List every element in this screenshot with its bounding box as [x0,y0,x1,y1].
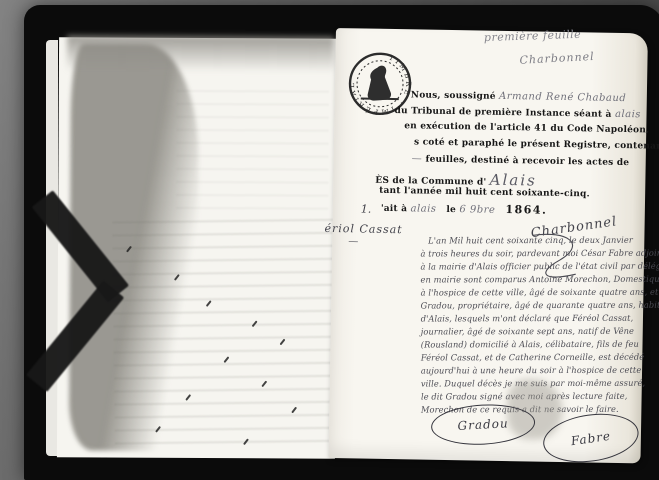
right-page: TIMBRE · IMPÉRIAL première feuille Charb… [328,28,647,463]
left-page [57,37,337,458]
act-line: à trois heures du soir, pardevant moi Cé… [420,248,635,262]
stain-top [67,35,334,72]
act-line: Gradou, propriétaire, âgé de quarante qu… [421,300,636,314]
act-line: à la mairie d'Alais officier public de l… [420,261,635,275]
act-line: journalier, âgé de soixante sept ans, na… [421,326,636,340]
header-line-article: en exécution de l'article 41 du Code Nap… [404,121,649,136]
printed-text: feuilles, destiné à recevoir les actes d… [425,155,629,169]
act-margin-dash: — [348,236,358,247]
printed-text: le [446,205,456,215]
handwritten-commune: Alais [490,171,537,190]
signature-text: Fabre [570,428,612,447]
header-line-feuilles: — feuilles, destiné à recevoir les actes… [412,153,630,169]
header-line-tribunal: du Tribunal de première Instance séant à… [394,105,641,121]
act-line: L'an Mil huit cent soixante cinq, le deu… [420,235,635,249]
bleedthrough-text [176,90,329,213]
printed-year: 1864. [505,203,547,217]
printed-text: 'ait à [381,204,407,214]
top-note: première feuille [484,28,582,44]
header-line-cote: s coté et paraphé le présent Registre, c… [414,137,659,152]
act-line: (Rousland) domicilié à Alais, célibatair… [421,339,636,353]
handwritten-place: alais [410,203,436,214]
act-line: aujourd'hui à une heure du soir à l'hosp… [421,365,636,379]
scanned-register-photo: TIMBRE · IMPÉRIAL première feuille Charb… [0,0,659,480]
handwritten-date: 6 9bre [459,204,495,216]
header-line-nous: Nous, soussigné Armand René Chabaud [411,89,627,105]
header-line-date: 'ait à alais le 6 9bre 1864. [381,202,548,218]
top-signature: Charbonnel [519,50,595,67]
act-line: Féréol Cassat, et de Catherine Corneille… [421,352,636,366]
signature-text: Gradou [457,416,509,433]
act-line: à l'hospice de cette ville, âgé de soixa… [421,287,636,301]
handwritten-place: alais [615,109,641,120]
printed-text: du Tribunal de première Instance séant à [394,106,611,120]
act-line: d'Alais, lesquels m'ont déclaré que Féré… [421,313,636,327]
bleedthrough-text [112,219,337,448]
printed-text: Nous, soussigné [411,90,496,101]
page-edge [46,40,58,456]
act-number: 1. [361,202,372,215]
handwritten-blank: — [412,153,423,164]
handwritten-name: Armand René Chabaud [499,91,626,104]
act-margin-name: ériol Cassat [324,222,402,236]
header-line-annee: tant l'année mil huit cent soixante-cinq… [379,186,590,201]
act-line: en mairie sont comparus Antoine Morechon… [421,274,636,288]
